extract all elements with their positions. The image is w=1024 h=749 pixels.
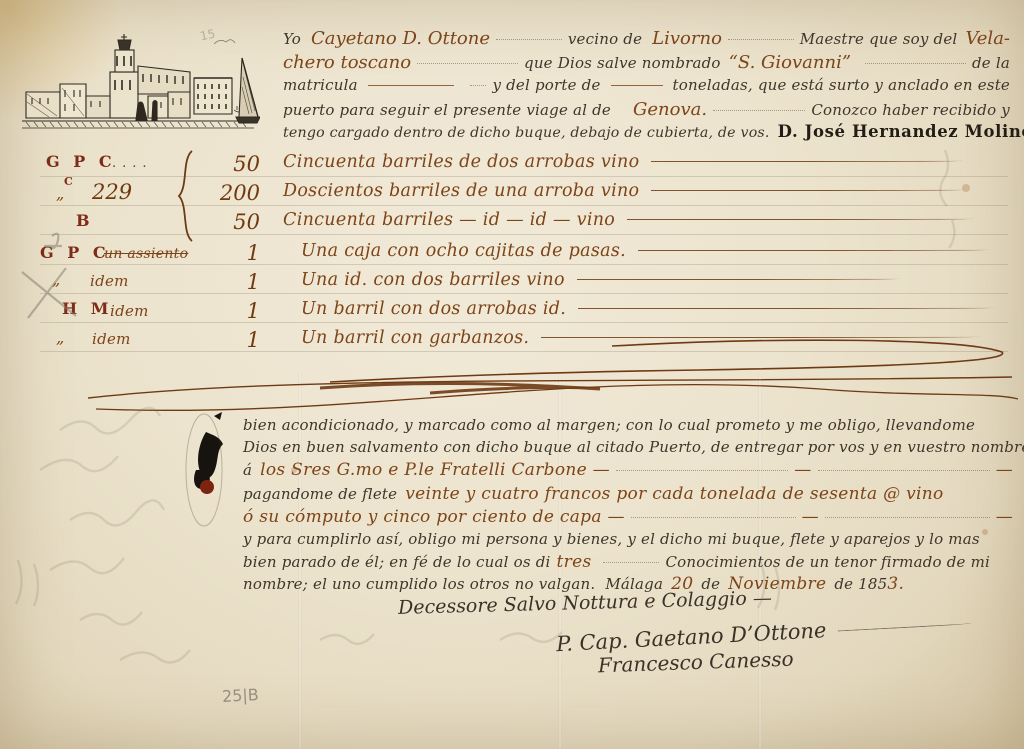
- cargo-brace: [176, 150, 196, 242]
- body-text: bien acondicionado, y marcado como al ma…: [243, 416, 975, 434]
- dotted-leader: [818, 469, 990, 471]
- signature-flourish: [838, 622, 972, 631]
- dotted-leader: [417, 62, 518, 64]
- form-matricula: matricula: [283, 76, 358, 94]
- form-porte: y del porte de: [492, 76, 600, 94]
- cargo-row: Un barril con garbanzos.: [283, 328, 1010, 348]
- form-nombrado: que Dios salve nombrado: [524, 54, 721, 72]
- ruled-line: [40, 264, 1008, 265]
- cargo-qty: 1: [196, 328, 260, 352]
- cargo-row: Una id. con dos barriles vino: [283, 270, 1010, 290]
- date-year-digit: 3.: [887, 574, 904, 594]
- archival-number: 25|B: [222, 685, 260, 706]
- body-text: y para cumplirlo así, obligo mi persona …: [243, 530, 980, 548]
- body-text: Conocimientos de un tenor firmado de mi: [665, 553, 990, 571]
- vessel-type-a: Vela-: [965, 28, 1010, 49]
- cargo-desc: Cincuenta barriles de dos arrobas vino: [283, 152, 639, 172]
- cargo-desc: Un barril con dos arrobas id.: [301, 299, 566, 319]
- header-line-4: puerto para seguir el presente viage al …: [283, 99, 1010, 122]
- ink-rule: [651, 160, 962, 162]
- ruled-line: [40, 322, 1008, 323]
- cargo-desc: Una caja con ocho cajitas de pasas.: [301, 241, 626, 261]
- ruled-line: [40, 351, 1008, 352]
- cargo-row: Cincuenta barriles de dos arrobas vino: [283, 152, 1010, 172]
- cargo-desc: Cincuenta barriles — id — id — vino: [283, 210, 615, 230]
- body-line-7: bien parado de él; en fé de lo cual os d…: [243, 552, 1013, 574]
- ink-rule: [578, 307, 996, 309]
- dash-flourish: —: [802, 507, 819, 527]
- dotted-leader: [616, 469, 788, 471]
- margin-ditto-5: „: [52, 270, 61, 289]
- dotted-leader: [631, 516, 796, 518]
- document-page: 15 Yo Cayetano D. Ottone vecino de Livor…: [0, 0, 1024, 749]
- blank-stroke: [611, 84, 663, 86]
- form-de-la: de la: [972, 54, 1010, 72]
- residence: Livorno: [652, 28, 722, 49]
- body-text: nombre; el uno cumplido los otros no val…: [243, 575, 595, 593]
- body-text: á: [243, 461, 252, 479]
- dash-flourish: —: [996, 460, 1013, 480]
- body-text: bien parado de él; en fé de lo cual os d…: [243, 553, 551, 571]
- cargo-row: Una caja con ocho cajitas de pasas.: [283, 241, 1010, 261]
- margin-mark-b: B: [76, 211, 94, 230]
- body-line-1: bien acondicionado, y marcado como al ma…: [243, 416, 1013, 438]
- body-text: de 185: [834, 575, 887, 593]
- ship-name: “S. Giovanni”: [729, 52, 851, 73]
- ink-rule: [638, 249, 990, 251]
- ink-rule: [541, 336, 980, 338]
- dotted-leader: [728, 38, 794, 40]
- body-line-4: pagandome de flete veinte y cuatro franc…: [243, 484, 1013, 507]
- freight-terms: veinte y cuatro francos por cada tonelad…: [405, 484, 943, 504]
- header-line-5: tengo cargado dentro de dicho buque, deb…: [283, 122, 1010, 146]
- dash-flourish: —: [794, 460, 811, 480]
- ink-rule: [651, 189, 966, 191]
- body-line-2: Dios en buen salvamento con dicho buque …: [243, 438, 1013, 460]
- margin-note-assiento: un assiento: [104, 246, 188, 262]
- cargo-desc: Doscientos barriles de una arroba vino: [283, 181, 639, 201]
- margin-ditto-7: „: [56, 328, 65, 347]
- margin-note-idem-7: idem: [92, 330, 131, 348]
- body-text: Dios en buen salvamento con dicho buque …: [243, 438, 1024, 456]
- cargo-total: 229: [92, 180, 132, 204]
- form-conozco: Conozco haber recibido y: [811, 101, 1010, 119]
- cargo-row: Doscientos barriles de una arroba vino: [283, 181, 1010, 201]
- margin-mark-hm: H M: [62, 299, 112, 318]
- cargo-row: Un barril con dos arrobas id.: [283, 299, 1010, 319]
- consignee-name: los Sres G.mo e P.le Fratelli Carbone —: [260, 460, 610, 480]
- body-text: pagandome de flete: [243, 485, 397, 503]
- cargo-row: Cincuenta barriles — id — id — vino: [283, 210, 1010, 230]
- captain-name: Cayetano D. Ottone: [311, 28, 490, 49]
- form-puerto: puerto para seguir el presente viage al …: [283, 101, 611, 119]
- dotted-leader: [865, 62, 966, 64]
- cargo-qty: 50: [196, 152, 260, 176]
- copies-count: tres: [557, 552, 592, 572]
- cargo-qty: 1: [196, 299, 260, 323]
- form-vecino: vecino de: [568, 30, 642, 48]
- cargo-desc: Una id. con dos barriles vino: [301, 270, 565, 290]
- form-maestre: Maestre que soy del: [800, 30, 958, 48]
- harbor-engraving-drawing: [18, 22, 260, 140]
- form-cargado: tengo cargado dentro de dicho buque, deb…: [283, 125, 770, 141]
- margin-mark-gpc-1: G P C: [46, 152, 116, 171]
- shipper-name: D. José Hernandez Molino.: [778, 122, 1024, 141]
- harbor-engraving: [18, 22, 260, 140]
- body-line-3: á los Sres G.mo e P.le Fratelli Carbone …: [243, 460, 1013, 484]
- header-line-3: matricula y del porte de toneladas, que …: [283, 76, 1010, 99]
- cargo-qty: 1: [196, 241, 260, 265]
- destination: Genova.: [633, 99, 707, 120]
- body-paragraph: bien acondicionado, y marcado como al ma…: [243, 416, 1013, 596]
- margin-ditto-2: „: [56, 184, 65, 203]
- dotted-leader: [496, 38, 562, 40]
- header-line-2: chero toscano que Dios salve nombrado “S…: [283, 52, 1010, 76]
- dotted-leader: [603, 561, 659, 563]
- body-line-5: ó su cómputo y cinco por ciento de capa …: [243, 507, 1013, 530]
- dotted-leader: [470, 84, 487, 86]
- freight-terms-2: ó su cómputo y cinco por ciento de capa …: [243, 507, 625, 527]
- dotted-leader: [713, 109, 805, 111]
- ink-blot: [186, 412, 223, 526]
- cargo-qty: 1: [196, 270, 260, 294]
- cargo-qty: 200: [196, 181, 260, 205]
- form-word-yo: Yo: [283, 30, 301, 48]
- dotted-leader: [825, 516, 990, 518]
- margin-note-idem-5: idem: [90, 272, 129, 290]
- vessel-type-b: chero toscano: [283, 52, 411, 73]
- form-toneladas: toneladas, que está surto y anclado en e…: [673, 76, 1010, 94]
- cargo-desc: Un barril con garbanzos.: [301, 328, 529, 348]
- blank-stroke: [368, 84, 454, 86]
- dash-flourish: —: [996, 507, 1013, 527]
- body-line-6: y para cumplirlo así, obligo mi persona …: [243, 530, 1013, 552]
- ink-rule: [577, 278, 900, 280]
- ruled-line: [40, 293, 1008, 294]
- cargo-qty: 50: [196, 210, 260, 234]
- ink-rule: [627, 218, 974, 220]
- margin-note-idem-6: idem: [110, 302, 149, 320]
- margin-mark-c: C: [64, 175, 74, 188]
- header-paragraph: Yo Cayetano D. Ottone vecino de Livorno …: [283, 28, 1010, 146]
- margin-mark-gpc-2: G P C: [40, 243, 110, 262]
- ink-dots: ....: [112, 156, 153, 171]
- header-line-1: Yo Cayetano D. Ottone vecino de Livorno …: [283, 28, 1010, 52]
